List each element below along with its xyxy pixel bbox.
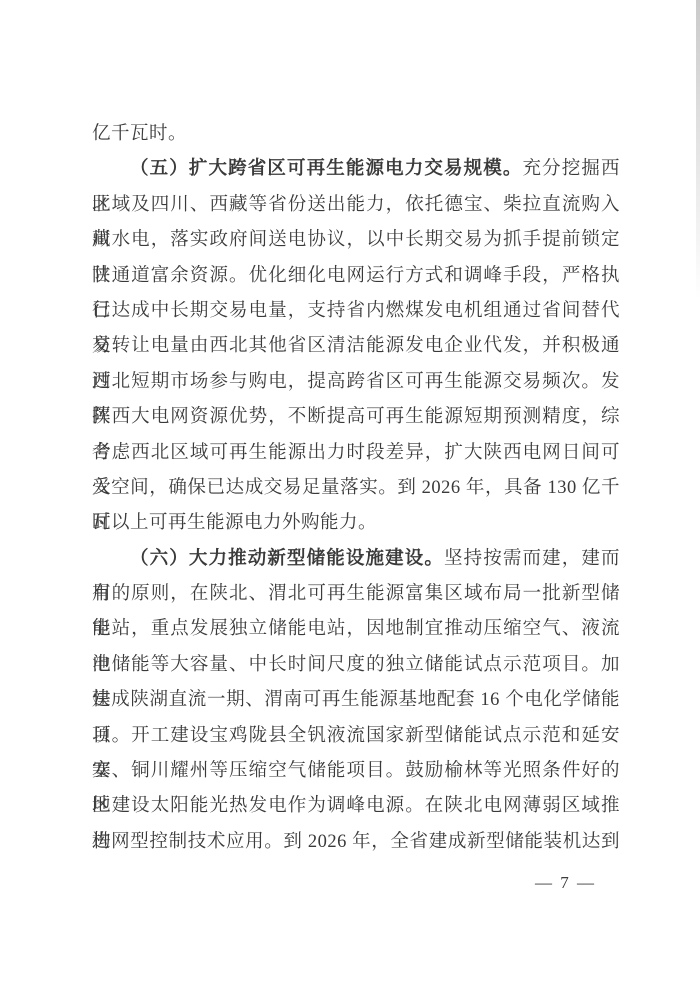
text-line: （六）大力推动新型储能设施建设。坚持按需而建，建而有: [92, 542, 620, 577]
text-line: 建成陕湖直流一期、渭南可再生能源基地配套 16 个电化学储能项: [92, 683, 620, 718]
scan-edge-artifact: [696, 0, 700, 300]
text-line: 电站，重点发展独立储能电站，因地制宜推动压缩空气、液流电: [92, 612, 620, 647]
section-heading-bold: （六）大力推动新型储能设施建设。: [130, 549, 444, 569]
text-line: 池储能等大容量、中长时间尺度的独立储能试点示范项目。加快: [92, 648, 620, 683]
page-number: — 7 —: [535, 873, 596, 893]
text-line: 目。开工建设宝鸡陇县全钒液流国家新型储能试点示范和延安安: [92, 719, 620, 754]
document-page: 亿千瓦时。（五）扩大跨省区可再生能源电力交易规模。充分挖掘西北区域及四川、西藏等…: [0, 0, 700, 989]
text-line: 考虑西北区域可再生能源出力时段差异，扩大陕西电网日间可受: [92, 436, 620, 471]
text-line: 塞、铜川耀州等压缩空气储能项目。鼓励榆林等光照条件好的地: [92, 754, 620, 789]
text-line: 易转让电量由西北其他省区清洁能源发电企业代发，并积极通过: [92, 329, 620, 364]
text-line: （五）扩大跨省区可再生能源电力交易规模。充分挖掘西北: [92, 152, 620, 187]
paragraph-continuation: 亿千瓦时。: [92, 117, 620, 152]
text-line: 甘通道富余资源。优化细化电网运行方式和调峰手段，严格执行: [92, 259, 620, 294]
text-line: 时以上可再生能源电力外购能力。: [92, 506, 620, 541]
text-line: 区域及四川、西藏等省份送出能力，依托德宝、柴拉直流购入川: [92, 188, 620, 223]
text-line: 陕西大电网资源优势，不断提高可再生能源短期预测精度，综合: [92, 400, 620, 435]
text-block: 亿千瓦时。（五）扩大跨省区可再生能源电力交易规模。充分挖掘西北区域及四川、西藏等…: [92, 117, 620, 860]
text-line: 入空间，确保已达成交易足量落实。到 2026 年，具备 130 亿千瓦: [92, 471, 620, 506]
text-line: 已达成中长期交易电量，支持省内燃煤发电机组通过省间替代交: [92, 294, 620, 329]
text-line: 区建设太阳能光热发电作为调峰电源。在陕北电网薄弱区域推进: [92, 789, 620, 824]
section-heading-bold: （五）扩大跨省区可再生能源电力交易规模。: [130, 159, 522, 179]
paragraph-section-6: （六）大力推动新型储能设施建设。坚持按需而建，建而有用的原则，在陕北、渭北可再生…: [92, 542, 620, 861]
paragraph-section-5: （五）扩大跨省区可再生能源电力交易规模。充分挖掘西北区域及四川、西藏等省份送出能…: [92, 152, 620, 541]
text-line: 用的原则，在陕北、渭北可再生能源富集区域布局一批新型储能: [92, 577, 620, 612]
text-line: 构网型控制技术应用。到 2026 年，全省建成新型储能装机达到: [92, 825, 620, 860]
text-line: 藏水电，落实政府间送电协议，以中长期交易为抓手提前锁定陕: [92, 223, 620, 258]
text-line: 亿千瓦时。: [92, 117, 620, 152]
text-line: 西北短期市场参与购电，提高跨省区可再生能源交易频次。发挥: [92, 365, 620, 400]
